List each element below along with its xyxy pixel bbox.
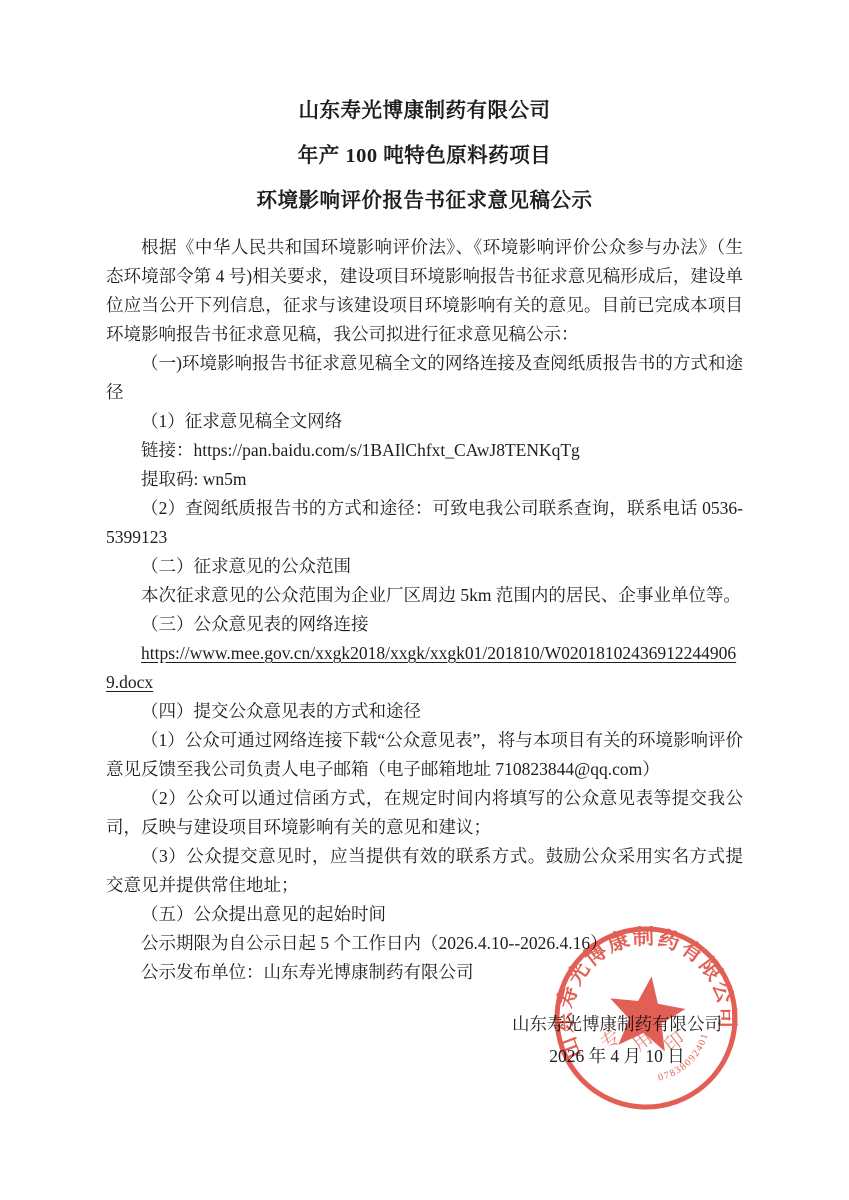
- section1-item1: （1）征求意见稿全文网络: [106, 407, 743, 436]
- document-content: 山东寿光博康制药有限公司 年产 100 吨特色原料药项目 环境影响评价报告书征求…: [0, 0, 849, 1071]
- signature-inner: 山东寿光博康制药有限公司 2026 年 4 月 10 日: [512, 1010, 722, 1071]
- signature-block: 山东寿光博康制药有限公司 2026 年 4 月 10 日: [106, 1010, 743, 1071]
- doc-title-project: 年产 100 吨特色原料药项目: [106, 141, 743, 171]
- signature-date: 2026 年 4 月 10 日: [512, 1042, 722, 1071]
- section4-item3: （3）公众提交意见时，应当提供有效的联系方式。鼓励公众采用实名方式提交意见并提供…: [106, 842, 743, 900]
- section5-publisher: 公示发布单位：山东寿光博康制药有限公司: [106, 958, 743, 987]
- signature-company: 山东寿光博康制药有限公司: [512, 1010, 722, 1039]
- section1-item2: （2）查阅纸质报告书的方式和途径：可致电我公司联系查询，联系电话 0536-53…: [106, 494, 743, 552]
- section3-link-line: https://www.mee.gov.cn/xxgk2018/xxgk/xxg…: [106, 639, 743, 697]
- link-label: 链接：: [141, 440, 194, 460]
- report-download-link[interactable]: https://pan.baidu.com/s/1BAIlChfxt_CAwJ8…: [194, 440, 580, 460]
- doc-title-company: 山东寿光博康制药有限公司: [106, 96, 743, 126]
- section4-item2: （2）公众可以通过信函方式，在规定时间内将填写的公众意见表等提交我公司，反映与建…: [106, 784, 743, 842]
- document-page: 山东寿光博康制药有限公司 年产 100 吨特色原料药项目 环境影响评价报告书征求…: [0, 0, 849, 1200]
- section1-heading: （一)环境影响报告书征求意见稿全文的网络连接及查阅纸质报告书的方式和途径: [106, 349, 743, 407]
- section5-period: 公示期限为自公示日起 5 个工作日内（2026.4.10--2026.4.16）: [106, 929, 743, 958]
- doc-title-notice: 环境影响评价报告书征求意见稿公示: [106, 186, 743, 216]
- section2-heading: （二）征求意见的公众范围: [106, 552, 743, 581]
- section5-heading: （五）公众提出意见的起始时间: [106, 900, 743, 929]
- section2-body: 本次征求意见的公众范围为企业厂区周边 5km 范围内的居民、企事业单位等。: [106, 581, 743, 610]
- section1-code-line: 提取码: wn5m: [106, 465, 743, 494]
- section4-item1: （1）公众可通过网络连接下载“公众意见表”，将与本项目有关的环境影响评价意见反馈…: [106, 726, 743, 784]
- opinion-form-link[interactable]: https://www.mee.gov.cn/xxgk2018/xxgk/xxg…: [106, 643, 736, 692]
- section3-heading: （三）公众意见表的网络连接: [106, 610, 743, 639]
- section1-link-line: 链接：https://pan.baidu.com/s/1BAIlChfxt_CA…: [106, 436, 743, 465]
- section4-heading: （四）提交公众意见表的方式和途径: [106, 697, 743, 726]
- intro-paragraph: 根据《中华人民共和国环境影响评价法》、《环境影响评价公众参与办法》（生态环境部令…: [106, 233, 743, 349]
